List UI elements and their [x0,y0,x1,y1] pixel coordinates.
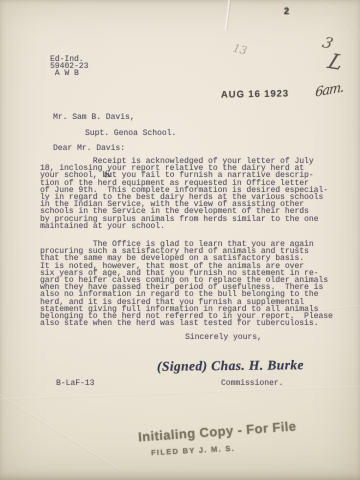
file-classification-block: Ed-Ind. 59402-23 A W B [50,56,88,78]
initialing-copy-stamp: Initialing Copy - For File [138,418,297,444]
letter-page: Ed-Ind. 59402-23 A W B 2 13 3 L 6am. AUG… [0,0,360,480]
signer-title-line: Commissioner. [221,380,283,387]
page-number: 2 [284,6,289,16]
received-date-stamp: AUG 16 1923 [221,88,289,100]
paper-crease [224,0,232,30]
filed-by-stamp: FILED BY J. M. S. [151,444,235,457]
signature-stamp: (Signed) Chas. H. Burke [157,357,304,375]
body-paragraph-1: Receipt is acknowledged of your letter o… [40,158,328,230]
pencil-mark-2: L [325,49,348,74]
paper-crease [0,390,121,471]
typist-reference-number: B-LaF-13 [56,380,94,387]
recipient-line: Mr. Sam B. Davis, [53,114,135,121]
salutation-line: Dear Mr. Davis: [53,145,125,152]
faint-pencil-mark: 13 [232,41,249,57]
pencil-initials: 6am. [315,80,344,100]
valediction-line: Sincerely yours, [185,334,262,341]
paper-crease [310,0,360,51]
handwritten-insertion-mark: & [103,169,112,180]
body-paragraph-2: The Office is glad to learn that you are… [40,241,333,327]
recipient-title-line: Supt. Genoa School. [85,130,176,137]
paper-crease [0,386,360,401]
